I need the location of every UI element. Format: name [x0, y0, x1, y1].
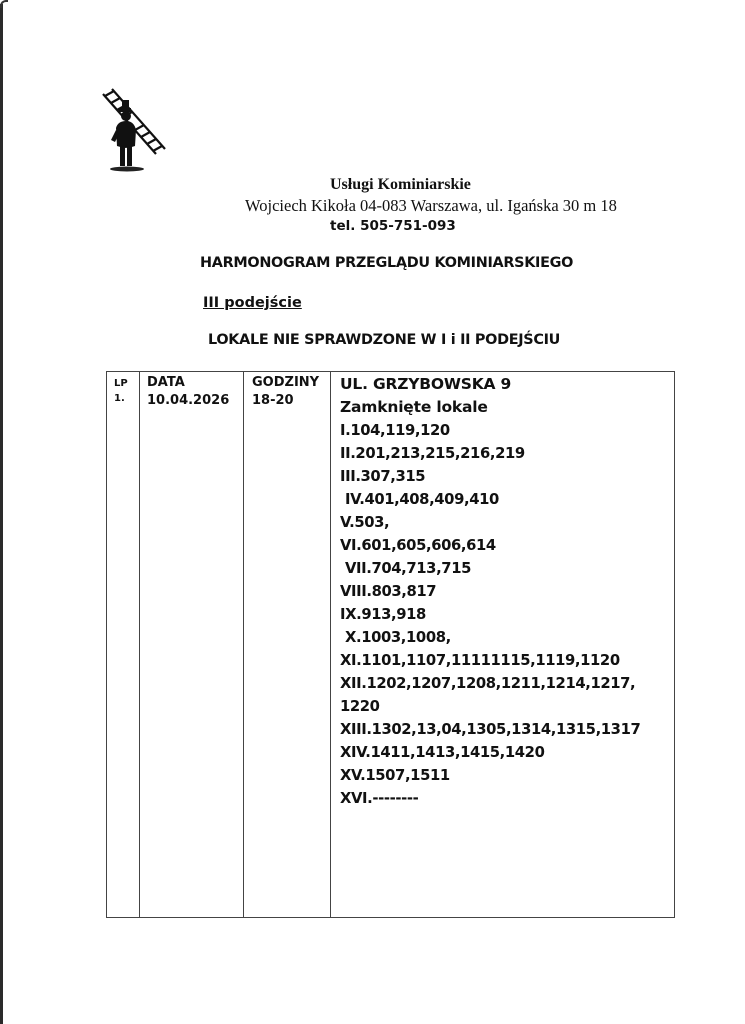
floor-line: XII.1202,1207,1208,1211,1214,1217,: [340, 672, 674, 695]
floor-list: I.104,119,120II.201,213,215,216,219III.3…: [340, 419, 674, 810]
date-cell: DATA 10.04.2026: [140, 372, 244, 918]
floor-line: I.104,119,120: [340, 419, 674, 442]
scan-corner: [0, 0, 8, 8]
approach-label: III podejście: [203, 295, 302, 311]
document-title: HARMONOGRAM PRZEGLĄDU KOMINIARSKIEGO: [200, 255, 573, 271]
floor-line: VIII.803,817: [340, 580, 674, 603]
floor-line: III.307,315: [340, 465, 674, 488]
floor-line: IX.913,918: [340, 603, 674, 626]
date-value: 10.04.2026: [147, 392, 243, 410]
floor-line: V.503,: [340, 511, 674, 534]
company-phone: tel. 505-751-093: [330, 218, 456, 234]
floor-line: XV.1507,1511: [340, 764, 674, 787]
floor-line: 1220: [340, 695, 674, 718]
lp-cell: LP 1.: [107, 372, 140, 918]
floor-line: VI.601,605,606,614: [340, 534, 674, 557]
table-row: LP 1. DATA 10.04.2026 GODZINY 18-20 UL. …: [107, 372, 675, 918]
address-header: UL. GRZYBOWSKA 9: [340, 373, 674, 396]
lp-header: LP: [114, 376, 139, 391]
scan-edge: [0, 4, 3, 1024]
floor-line: VII.704,713,715: [340, 557, 674, 580]
date-header: DATA: [147, 374, 243, 392]
floor-line: IV.401,408,409,410: [340, 488, 674, 511]
floor-line: XIII.1302,13,04,1305,1314,1315,1317: [340, 718, 674, 741]
lp-value: 1.: [114, 391, 139, 406]
details-cell: UL. GRZYBOWSKA 9 Zamknięte lokale I.104,…: [331, 372, 675, 918]
floor-line: X.1003,1008,: [340, 626, 674, 649]
company-address: Wojciech Kikoła 04-083 Warszawa, ul. Iga…: [245, 196, 617, 216]
floor-line: XVI.--------: [340, 787, 674, 810]
company-name: Usługi Kominiarskie: [330, 176, 471, 194]
hours-header: GODZINY: [252, 374, 330, 392]
schedule-table: LP 1. DATA 10.04.2026 GODZINY 18-20 UL. …: [106, 371, 675, 918]
hours-value: 18-20: [252, 392, 330, 410]
document-subtitle: LOKALE NIE SPRAWDZONE W I i II PODEJŚCIU: [208, 332, 560, 348]
closed-units-label: Zamknięte lokale: [340, 396, 674, 419]
floor-line: II.201,213,215,216,219: [340, 442, 674, 465]
hours-cell: GODZINY 18-20: [244, 372, 331, 918]
floor-line: XI.1101,1107,11111115,1119,1120: [340, 649, 674, 672]
chimney-sweep-with-ladder-icon: [100, 88, 172, 180]
floor-line: XIV.1411,1413,1415,1420: [340, 741, 674, 764]
